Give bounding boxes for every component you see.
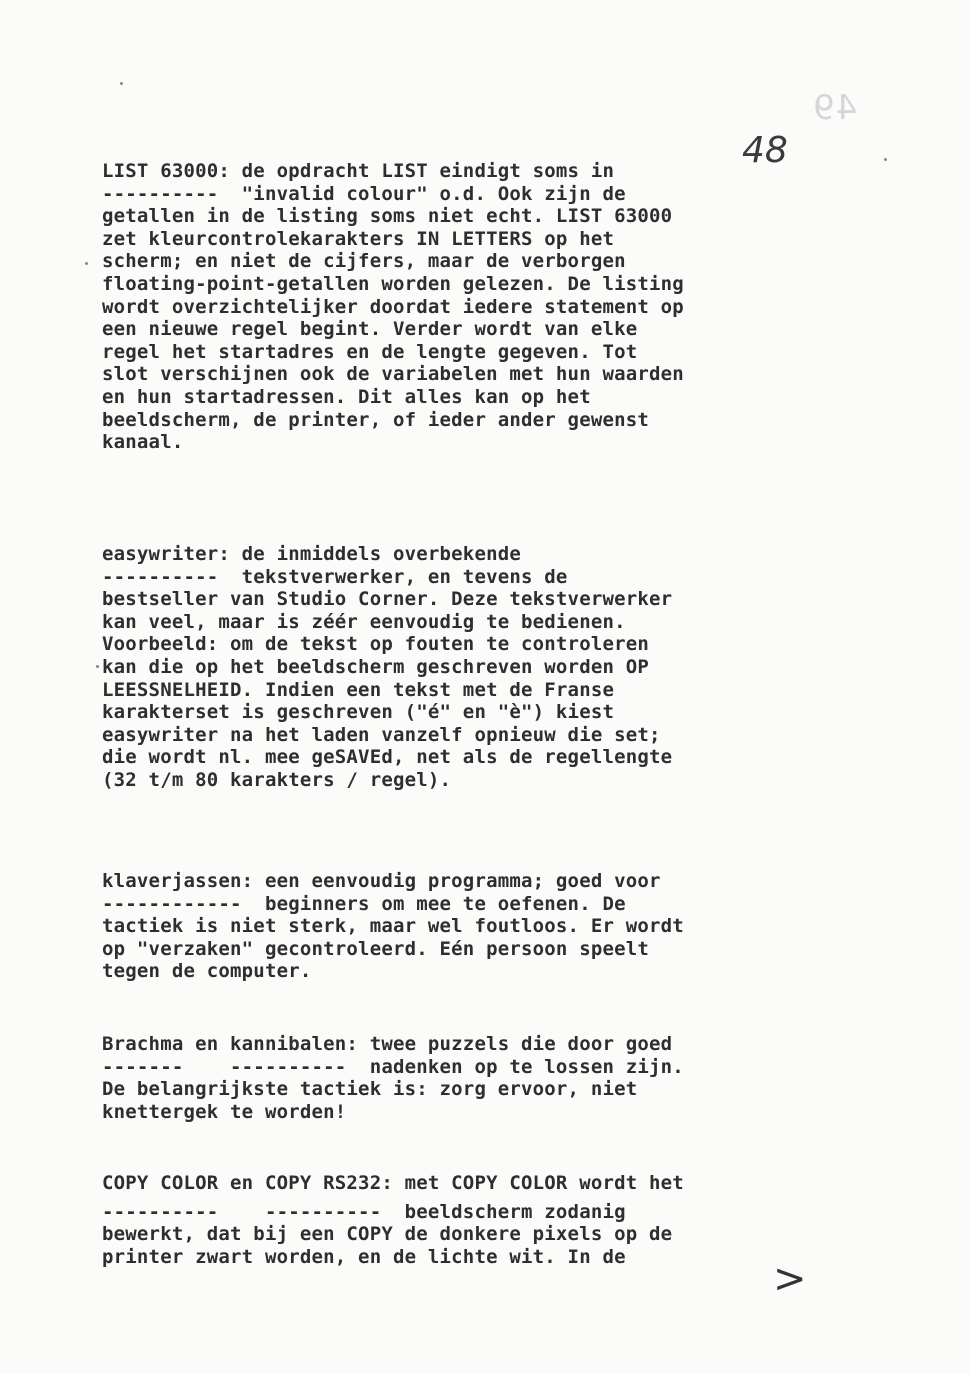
text-line: een nieuwe regel begint. Verder wordt va… — [102, 318, 822, 341]
section-klaverjassen: klaverjassen: een eenvoudig programma; g… — [102, 870, 822, 983]
text-line: slot verschijnen ook de variabelen met h… — [102, 363, 822, 386]
continue-arrow-icon: > — [773, 1256, 807, 1302]
text-line: scherm; en niet de cijfers, maar de verb… — [102, 250, 822, 273]
text-line: kanaal. — [102, 431, 822, 454]
text-line: beeldscherm, de printer, of ieder ander … — [102, 409, 822, 432]
section-copy-color: COPY COLOR en COPY RS232: met COPY COLOR… — [102, 1172, 822, 1268]
section-list-63000: LIST 63000: de opdracht LIST eindigt som… — [102, 160, 822, 454]
text-line: floating-point-getallen worden gelezen. … — [102, 273, 822, 296]
text-line: bewerkt, dat bij een COPY de donkere pix… — [102, 1223, 822, 1246]
text-line: die wordt nl. mee geSAVEd, net als de re… — [102, 746, 822, 769]
text-line: easywriter na het laden vanzelf opnieuw … — [102, 724, 822, 747]
text-line: karakterset is geschreven ("é" en "è") k… — [102, 701, 822, 724]
text-line: knettergek te worden! — [102, 1101, 822, 1124]
text-line: getallen in de listing soms niet echt. L… — [102, 205, 822, 228]
text-line: ---------- tekstverwerker, en tevens de — [102, 566, 822, 589]
text-line: tegen de computer. — [102, 960, 822, 983]
text-line: LEESSNELHEID. Indien een tekst met de Fr… — [102, 679, 822, 702]
text-line: (32 t/m 80 karakters / regel). — [102, 769, 822, 792]
text-line: Voorbeeld: om de tekst op fouten te cont… — [102, 633, 822, 656]
showthrough-page-number: 49 — [812, 88, 857, 128]
text-line: tactiek is niet sterk, maar wel foutloos… — [102, 915, 822, 938]
section-easywriter: easywriter: de inmiddels overbekende ---… — [102, 543, 822, 792]
text-line: easywriter: de inmiddels overbekende — [102, 543, 822, 566]
text-line: regel het startadres en de lengte gegeve… — [102, 341, 822, 364]
scan-speck — [884, 158, 887, 161]
text-line: ------- ---------- nadenken op te lossen… — [102, 1056, 822, 1079]
section-brachma-en-kannibalen: Brachma en kannibalen: twee puzzels die … — [102, 1033, 822, 1123]
text-line: op "verzaken" gecontroleerd. Eén persoon… — [102, 938, 822, 961]
text-line: ---------- ---------- beeldscherm zodani… — [102, 1201, 822, 1224]
scanned-page: 49 48 LIST 63000: de opdracht LIST eindi… — [0, 0, 970, 1374]
text-line: COPY COLOR en COPY RS232: met COPY COLOR… — [102, 1172, 822, 1195]
scan-speck — [120, 82, 123, 85]
text-line: kan die op het beeldscherm geschreven wo… — [102, 656, 822, 679]
text-line: ------------ beginners om mee te oefenen… — [102, 893, 822, 916]
scan-speck — [85, 262, 88, 265]
text-line: zet kleurcontrolekarakters IN LETTERS op… — [102, 228, 822, 251]
text-line: LIST 63000: de opdracht LIST eindigt som… — [102, 160, 822, 183]
text-line: bestseller van Studio Corner. Deze tekst… — [102, 588, 822, 611]
text-line: en hun startadressen. Dit alles kan op h… — [102, 386, 822, 409]
text-line: De belangrijkste tactiek is: zorg ervoor… — [102, 1078, 822, 1101]
text-line: Brachma en kannibalen: twee puzzels die … — [102, 1033, 822, 1056]
text-line: ---------- "invalid colour" o.d. Ook zij… — [102, 183, 822, 206]
text-line: printer zwart worden, en de lichte wit. … — [102, 1246, 822, 1269]
scan-speck — [96, 665, 99, 668]
text-line: kan veel, maar is zéér eenvoudig te bedi… — [102, 611, 822, 634]
text-line: wordt overzichtelijker doordat iedere st… — [102, 296, 822, 319]
text-line: klaverjassen: een eenvoudig programma; g… — [102, 870, 822, 893]
